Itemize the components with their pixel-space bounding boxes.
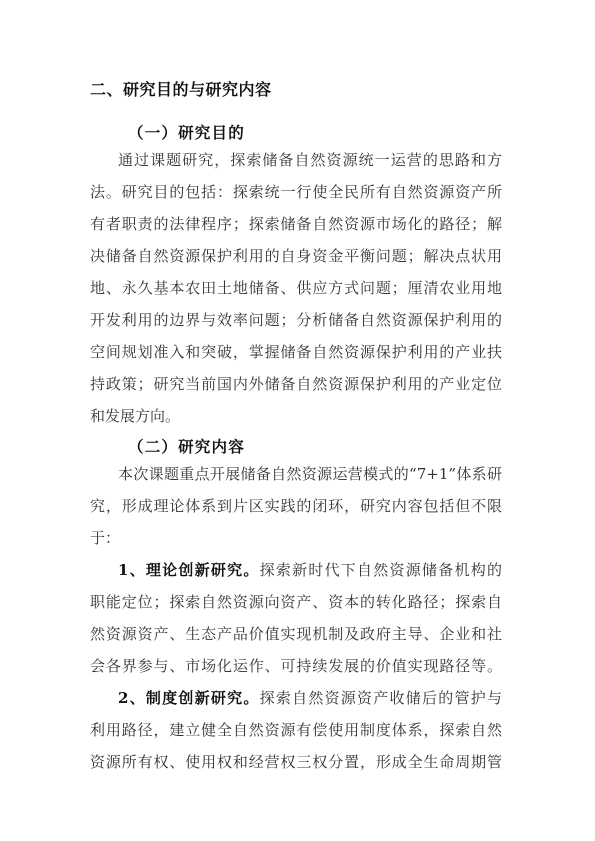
- paragraph-line: 然资源资产、生态产品价值实现机制及政府主导、企业和社: [90, 625, 502, 643]
- list-item-lead: 2、制度创新研究。: [118, 689, 260, 707]
- section-title: 二、研究目的与研究内容: [90, 77, 272, 100]
- list-item-text: 探索新时代下自然资源储备机构的: [260, 561, 502, 579]
- paragraph-line: 资源所有权、使用权和经营权三权分置，形成全生命周期管: [90, 753, 502, 771]
- subsection-title-content: （二）研究内容: [128, 435, 245, 457]
- paragraph-line: 开发利用的边界与效率问题；分析储备自然资源保护利用的: [90, 311, 502, 329]
- paragraph-line: 会各界参与、市场化运作、可持续发展的价值实现路径等。: [90, 657, 502, 675]
- list-item-theory-first-line: 1、理论创新研究。探索新时代下自然资源储备机构的: [118, 561, 502, 579]
- list-item-lead: 1、理论创新研究。: [118, 561, 260, 579]
- paragraph-line: 利用路径，建立健全自然资源有偿使用制度体系，探索自然: [90, 721, 502, 739]
- paragraph-line: 职能定位；探索自然资源向资产、资本的转化路径；探索自: [90, 593, 502, 611]
- list-item-text: 探索自然资源资产收储后的管护与: [260, 689, 502, 707]
- paragraph-line: 空间规划准入和突破，掌握储备自然资源保护利用的产业扶: [90, 343, 502, 361]
- list-item-system-first-line: 2、制度创新研究。探索自然资源资产收储后的管护与: [118, 689, 502, 707]
- paragraph-line: 于：: [90, 529, 502, 547]
- paragraph-line: 有者职责的法律程序；探索储备自然资源市场化的路径；解: [90, 215, 502, 233]
- paragraph-line: 和发展方向。: [90, 407, 502, 425]
- paragraph-line: 通过课题研究，探索储备自然资源统一运营的思路和方: [118, 151, 502, 169]
- paragraph-line: 决储备自然资源保护利用的自身资金平衡问题；解决点状用: [90, 247, 502, 265]
- paragraph-line: 持政策；研究当前国内外储备自然资源保护利用的产业定位: [90, 375, 502, 393]
- subsection-title-purpose: （一）研究目的: [128, 121, 245, 143]
- document-page: 二、研究目的与研究内容 （一）研究目的 通过课题研究，探索储备自然资源统一运营的…: [0, 0, 595, 841]
- paragraph-line: 究，形成理论体系到片区实践的闭环，研究内容包括但不限: [90, 497, 502, 515]
- paragraph-line: 法。研究目的包括：探索统一行使全民所有自然资源资产所: [90, 183, 502, 201]
- paragraph-line: 本次课题重点开展储备自然资源运营模式的“7+1”体系研: [118, 465, 502, 483]
- paragraph-line: 地、永久基本农田土地储备、供应方式问题；厘清农业用地: [90, 279, 502, 297]
